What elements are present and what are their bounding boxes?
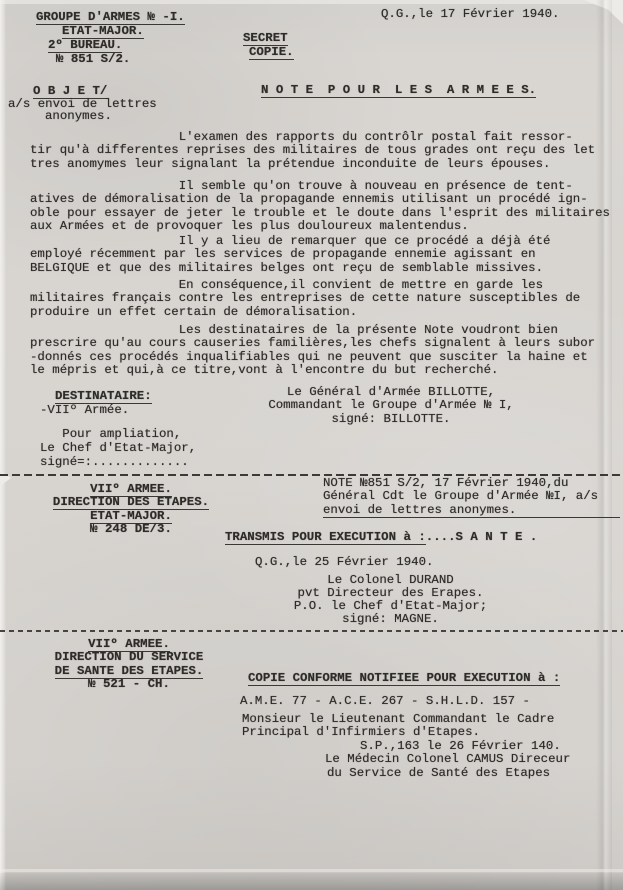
s2-org: VIIº ARMEE. DIRECTION DES ETAPES. ETAT-M… xyxy=(36,483,226,537)
paper-bottom-crease xyxy=(0,869,623,872)
paper-left-edge xyxy=(0,0,6,890)
classification-secret: SECRET xyxy=(243,32,288,45)
classification-copie: COPIE. xyxy=(249,46,294,59)
s2-signature-line-4: signé: MAGNE. xyxy=(288,613,493,626)
paper-bottom-shadow xyxy=(0,873,623,890)
paper-top-edge xyxy=(0,0,623,4)
s3-copy-label: COPIE CONFORME NOTIFIEE POUR EXECUTION à… xyxy=(248,672,560,685)
s2-org-line-4: № 248 DE/3. xyxy=(36,523,226,536)
s2-reference-line-2: Général Cdt le Groupe d'Armée №I, a/s xyxy=(323,490,620,503)
s2-reference: NOTE №851 S/2, 17 Février 1940,du Généra… xyxy=(323,477,620,518)
body-paragraph-1: L'examen des rapports du contrôlr postal… xyxy=(30,131,595,171)
transmis-line: TRANSMIS POUR EXECUTION à :....S A N T E… xyxy=(225,531,537,544)
s2-date-line: Q.G.,le 25 Février 1940. xyxy=(255,556,433,569)
body-paragraph-3: Il y a lieu de remarquer que ce procédé … xyxy=(30,235,551,275)
letterhead-org-line-4: № 851 S/2. xyxy=(56,53,130,66)
letterhead-org-line-1: GROUPE D'ARMES № -I. xyxy=(36,11,185,24)
paper-right-crease xyxy=(596,0,612,890)
s3-org-line-2: DIRECTION DU SERVICE xyxy=(32,651,226,664)
s2-signature: Le Colonel DURAND pvt Directeur des Erap… xyxy=(288,574,493,626)
transmis-value: ....S A N T E . xyxy=(426,530,538,544)
body-paragraph-5: Les destinataires de la présente Note vo… xyxy=(30,324,595,378)
ampliation-line-2: Le Chef d'Etat-Major, xyxy=(40,442,196,455)
s3-addressee-line-2: Principal d'Infirmiers d'Etapes. xyxy=(242,726,480,739)
s2-org-line-2: DIRECTION DES ETAPES. xyxy=(36,496,226,509)
body-paragraph-2: Il semble qu'on trouve à nouveau en prés… xyxy=(30,180,610,234)
s3-org: VIIº ARMEE. DIRECTION DU SERVICE DE SANT… xyxy=(32,638,226,692)
document-page: GROUPE D'ARMES № -I. ETAT-MAJOR. 2º BURE… xyxy=(0,0,623,890)
doc-title: N O T E P O U R L E S A R M E E S. xyxy=(261,84,536,97)
ampliation-line-1: Pour ampliation, xyxy=(40,428,181,441)
separator-dashed-2 xyxy=(0,630,623,632)
signature-billotte-line-2: Commandant le Groupe d'Armée № I, xyxy=(266,399,516,412)
ampliation-line-3: signé=:............. xyxy=(40,456,189,469)
destinataire-label: DESTINATAIRE: xyxy=(55,390,152,403)
signature-billotte: Le Général d'Armée BILLOTTE, Commandant … xyxy=(266,386,516,426)
s3-recipients-line: A.M.E. 77 - A.C.E. 267 - S.H.L.D. 157 - xyxy=(240,695,530,708)
letterhead-org-line-2: ETAT-MAJOR. xyxy=(62,25,144,38)
s3-signature-line-2: du Service de Santé des Etapes xyxy=(327,767,550,780)
signature-billotte-line-3: signé: BILLOTTE. xyxy=(266,413,516,426)
destinataire-value: -VIIº Armée. xyxy=(40,404,129,417)
transmis-label: TRANSMIS POUR EXECUTION à : xyxy=(225,530,426,545)
objet-subject-line-2: anonymes. xyxy=(45,110,112,123)
s3-org-line-4: № 521 - CH. xyxy=(32,678,226,691)
s2-reference-line-3: envoi de lettres anonymes. xyxy=(323,504,620,518)
date-line: Q.G.,le 17 Février 1940. xyxy=(381,8,559,21)
body-paragraph-4: En conséquence,il convient de mettre en … xyxy=(30,279,580,319)
s3-signature-line-1: Le Médecin Colonel CAMUS Direceur xyxy=(325,753,570,766)
letterhead-org-line-3: 2º BUREAU. xyxy=(48,39,122,52)
